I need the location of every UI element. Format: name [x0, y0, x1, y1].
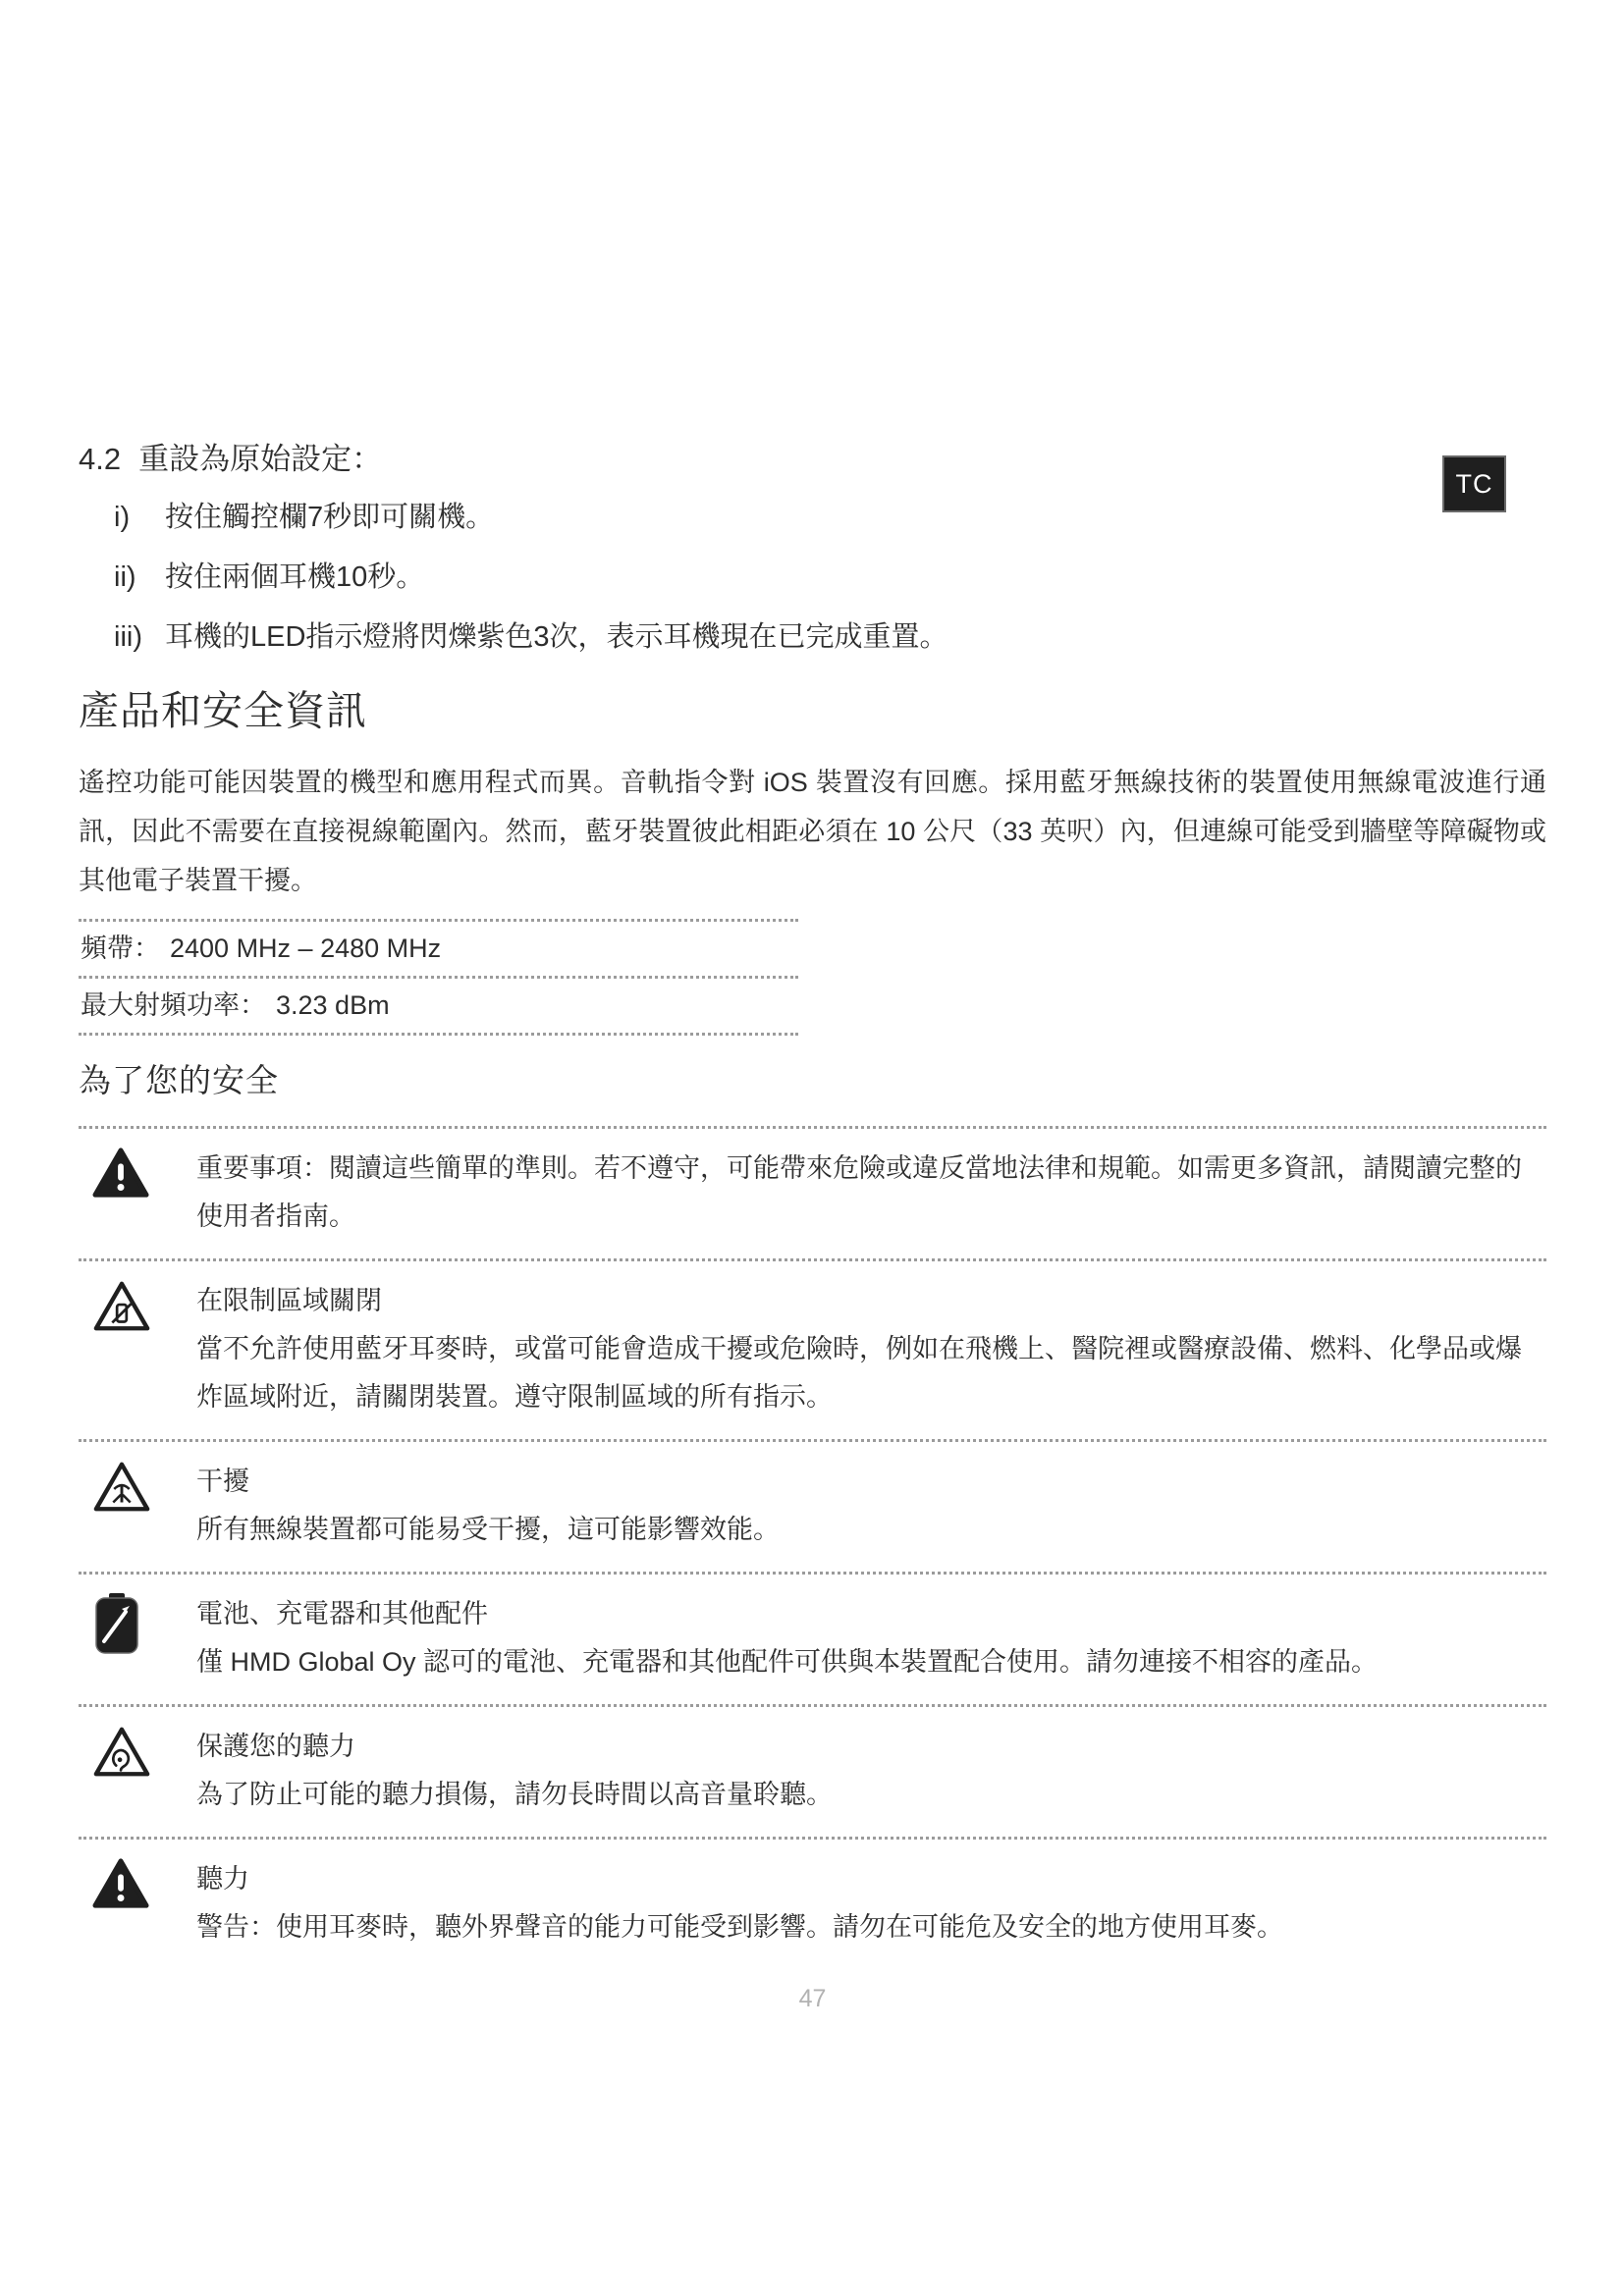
- alert-triangle-icon: [79, 1145, 196, 1241]
- page-number: 47: [79, 1985, 1546, 2013]
- safety-item-text: 電池、充電器和其他配件 僅 HMD Global Oy 認可的電池、充電器和其他…: [196, 1590, 1546, 1686]
- safety-item-title: 電池、充電器和其他配件: [196, 1590, 1546, 1638]
- alert-triangle-icon: [79, 1855, 196, 1951]
- safety-item-text: 重要事項：閱讀這些簡單的準則。若不遵守，可能帶來危險或違反當地法律和規範。如需更…: [196, 1145, 1546, 1241]
- list-item: iii) 耳機的LED指示燈將閃爍紫色3次，表示耳機現在已完成重置。: [114, 616, 1546, 658]
- section-number: 4.2: [79, 438, 121, 481]
- interference-triangle-icon: [79, 1458, 196, 1554]
- document-page: TC 4.2 重設為原始設定： i) 按住觸控欄7秒即可關機。 ii) 按住兩個…: [0, 0, 1624, 2296]
- reset-section-heading: 4.2 重設為原始設定：: [79, 438, 1546, 481]
- step-text: 耳機的LED指示燈將閃爍紫色3次，表示耳機現在已完成重置。: [165, 616, 1546, 658]
- safety-item-interference: 干擾 所有無線裝置都可能易受干擾，這可能影響效能。: [79, 1442, 1546, 1575]
- safety-item-text: 干擾 所有無線裝置都可能易受干擾，這可能影響效能。: [196, 1458, 1546, 1554]
- list-item: i) 按住觸控欄7秒即可關機。: [114, 497, 1546, 538]
- safety-item-body: 僅 HMD Global Oy 認可的電池、充電器和其他配件可供與本裝置配合使用…: [196, 1638, 1546, 1686]
- safety-item-body: 警告：使用耳麥時，聽外界聲音的能力可能受到影響。請勿在可能危及安全的地方使用耳麥…: [196, 1903, 1546, 1951]
- safety-item-battery-accessories: 電池、充電器和其他配件 僅 HMD Global Oy 認可的電池、充電器和其他…: [79, 1575, 1546, 1707]
- section-title: 重設為原始設定：: [138, 438, 382, 481]
- spec-row-frequency-band: 頻帶：2400 MHz – 2480 MHz: [79, 919, 798, 976]
- step-marker: ii): [114, 557, 165, 598]
- spec-label: 頻帶：: [81, 934, 160, 963]
- page-content: 4.2 重設為原始設定： i) 按住觸控欄7秒即可關機。 ii) 按住兩個耳機1…: [79, 438, 1546, 2013]
- restriction-triangle-icon: [79, 1277, 196, 1421]
- safety-item-text: 聽力 警告：使用耳麥時，聽外界聲音的能力可能受到影響。請勿在可能危及安全的地方使…: [196, 1855, 1546, 1951]
- step-text: 按住觸控欄7秒即可關機。: [165, 497, 1546, 538]
- safety-item-body: 所有無線裝置都可能易受干擾，這可能影響效能。: [196, 1506, 1546, 1554]
- radio-specs: 頻帶：2400 MHz – 2480 MHz 最大射頻功率：3.23 dBm: [79, 919, 798, 1036]
- battery-accessory-icon: [79, 1590, 196, 1686]
- safety-item-hearing: 聽力 警告：使用耳麥時，聽外界聲音的能力可能受到影響。請勿在可能危及安全的地方使…: [79, 1840, 1546, 1969]
- safety-item-title: 保護您的聽力: [196, 1723, 1546, 1771]
- safety-item-body: 為了防止可能的聽力損傷，請勿長時間以高音量聆聽。: [196, 1771, 1546, 1819]
- hearing-protection-icon: [79, 1723, 196, 1819]
- safety-item-title: 聽力: [196, 1855, 1546, 1903]
- safety-item-text: 在限制區域關閉 當不允許使用藍牙耳麥時，或當可能會造成干擾或危險時，例如在飛機上…: [196, 1277, 1546, 1421]
- safety-section-heading: 為了您的安全: [79, 1059, 1546, 1102]
- safety-item-protect-hearing: 保護您的聽力 為了防止可能的聽力損傷，請勿長時間以高音量聆聽。: [79, 1707, 1546, 1840]
- safety-items-list: 重要事項：閱讀這些簡單的準則。若不遵守，可能帶來危險或違反當地法律和規範。如需更…: [79, 1126, 1546, 1969]
- spec-label: 最大射頻功率：: [81, 990, 266, 1020]
- safety-item-body: 當不允許使用藍牙耳麥時，或當可能會造成干擾或危險時，例如在飛機上、醫院裡或醫療設…: [196, 1325, 1546, 1421]
- safety-item-restricted-areas: 在限制區域關閉 當不允許使用藍牙耳麥時，或當可能會造成干擾或危險時，例如在飛機上…: [79, 1261, 1546, 1442]
- step-marker: iii): [114, 616, 165, 658]
- product-safety-intro: 遙控功能可能因裝置的機型和應用程式而異。音軌指令對 iOS 裝置沒有回應。採用藍…: [79, 758, 1546, 905]
- spec-row-max-rf-power: 最大射頻功率：3.23 dBm: [79, 976, 798, 1036]
- safety-item-body: 重要事項：閱讀這些簡單的準則。若不遵守，可能帶來危險或違反當地法律和規範。如需更…: [196, 1145, 1546, 1241]
- list-item: ii) 按住兩個耳機10秒。: [114, 557, 1546, 598]
- safety-item-text: 保護您的聽力 為了防止可能的聽力損傷，請勿長時間以高音量聆聽。: [196, 1723, 1546, 1819]
- spec-value: 2400 MHz – 2480 MHz: [170, 934, 441, 963]
- product-safety-heading: 產品和安全資訊: [79, 685, 1546, 736]
- step-text: 按住兩個耳機10秒。: [165, 557, 1546, 598]
- safety-item-title: 在限制區域關閉: [196, 1277, 1546, 1325]
- safety-item-important: 重要事項：閱讀這些簡單的準則。若不遵守，可能帶來危險或違反當地法律和規範。如需更…: [79, 1129, 1546, 1261]
- spec-value: 3.23 dBm: [276, 990, 390, 1020]
- safety-item-title: 干擾: [196, 1458, 1546, 1506]
- reset-steps-list: i) 按住觸控欄7秒即可關機。 ii) 按住兩個耳機10秒。 iii) 耳機的L…: [79, 497, 1546, 658]
- step-marker: i): [114, 497, 165, 538]
